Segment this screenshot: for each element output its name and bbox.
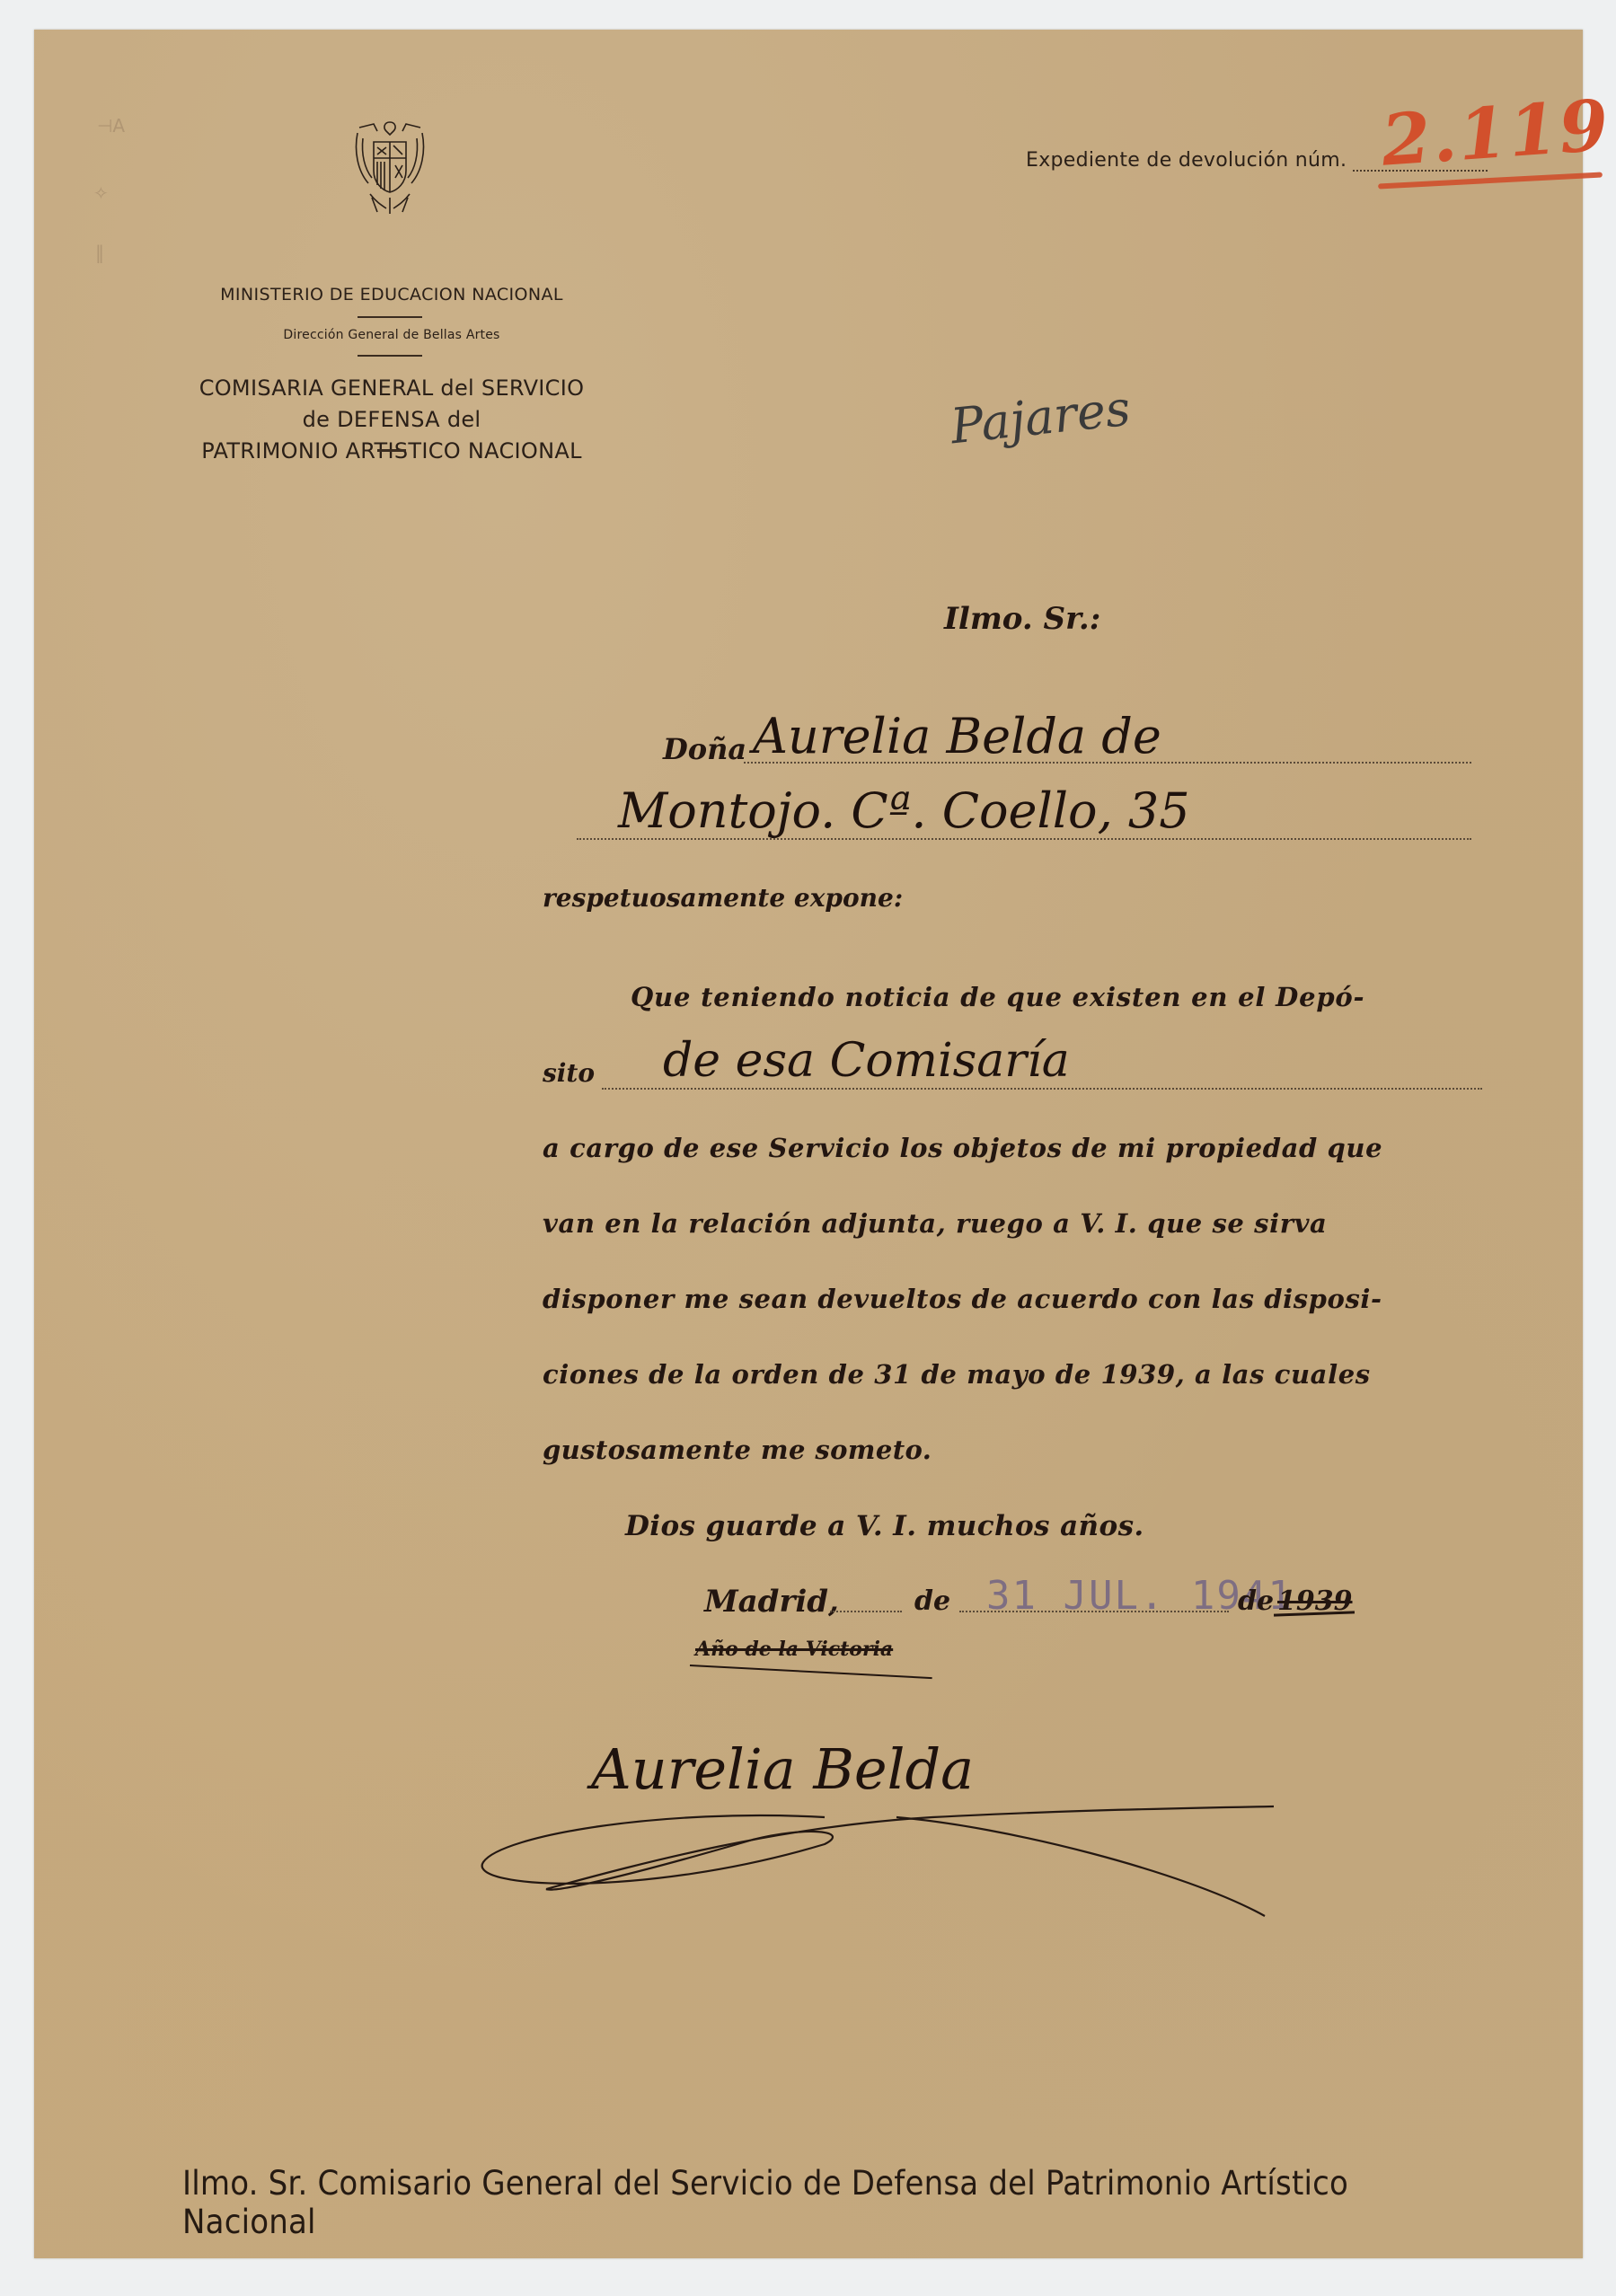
- place-label: Madrid,: [704, 1584, 839, 1620]
- margin-mark: ⊣A: [97, 115, 125, 137]
- footer-addressee: Ilmo. Sr. Comisario General del Servicio…: [182, 2164, 1470, 2241]
- coat-of-arms-icon: [350, 115, 429, 218]
- deposit-field-line: [602, 1088, 1482, 1090]
- pencil-annotation: Pajares: [948, 380, 1133, 455]
- expone-text: respetuosamente expone:: [543, 883, 903, 913]
- direction-heading: Dirección General de Bellas Artes: [158, 328, 625, 342]
- salutation: Ilmo. Sr.:: [944, 601, 1100, 637]
- body-line-6: ciones de la orden de 31 de mayo de 1939…: [543, 1359, 1371, 1390]
- commission-line-2: de DEFENSA del: [158, 404, 625, 436]
- struck-era: Año de la Victoria: [695, 1638, 893, 1661]
- signature-flourish: [465, 1790, 1328, 1934]
- body-line-4: van en la relación adjunta, ruego a V. I…: [543, 1208, 1327, 1239]
- margin-mark: ✧: [93, 182, 109, 204]
- file-number-value: 2.119: [1379, 84, 1612, 182]
- ministry-heading: MINISTERIO DE EDUCACION NACIONAL: [158, 285, 625, 305]
- day-field-line: [830, 1611, 902, 1612]
- divider: [377, 449, 406, 452]
- handwritten-name-line-1: Aurelia Belda de: [753, 708, 1161, 764]
- handwritten-name-line-2: Montojo. Cª. Coello, 35: [618, 782, 1190, 839]
- body-line-5: disponer me sean devueltos de acuerdo co…: [543, 1284, 1382, 1314]
- name-prefix: Doña: [663, 732, 746, 766]
- divider: [358, 316, 422, 318]
- divider: [358, 355, 422, 357]
- body-line-7: gustosamente me someto.: [543, 1435, 932, 1465]
- de-label-2: de: [1238, 1585, 1274, 1617]
- document-page: ⊣A ✧ ‖ MINISTERIO DE EDUCACION NACIONAL …: [34, 30, 1583, 2258]
- margin-mark: ‖: [95, 242, 104, 263]
- file-number-label: Expediente de devolución núm.: [1026, 149, 1347, 172]
- commission-line-1: COMISARIA GENERAL del SERVICIO: [158, 373, 625, 404]
- commission-heading: COMISARIA GENERAL del SERVICIO de DEFENS…: [158, 373, 625, 467]
- de-label-1: de: [914, 1585, 950, 1617]
- body-line-1: Que teniendo noticia de que existen en e…: [631, 982, 1364, 1012]
- closing-formula: Dios guarde a V. I. muchos años.: [625, 1510, 1144, 1542]
- strike-stroke: [690, 1665, 932, 1679]
- body-line-3: a cargo de ese Servicio los objetos de m…: [543, 1133, 1382, 1163]
- handwritten-deposit: de esa Comisaría: [663, 1034, 1070, 1088]
- body-line-2-prefix: sito: [543, 1058, 595, 1088]
